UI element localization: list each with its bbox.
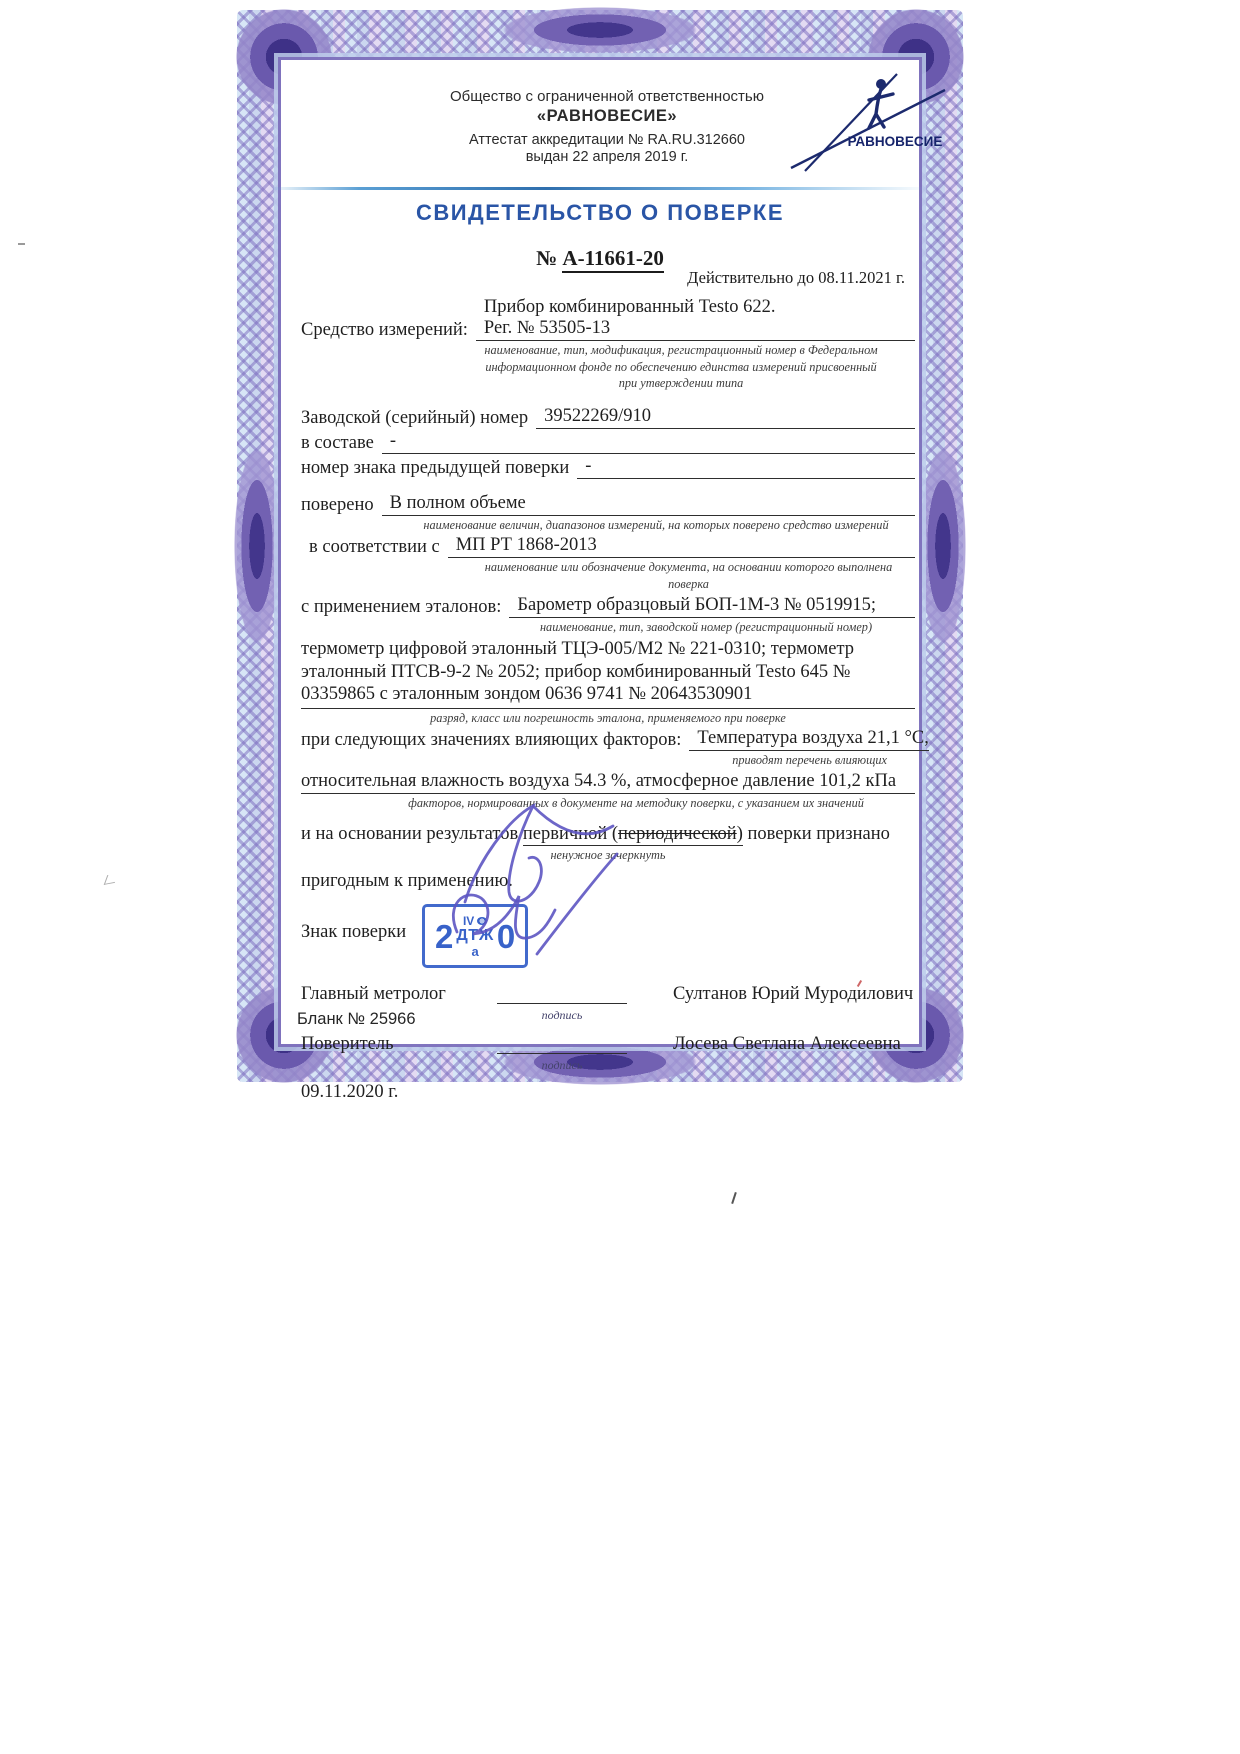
caption-according: наименование или обозначение документа, …	[466, 559, 911, 592]
ravnovesie-logo: РАВНОВЕСИЕ	[777, 68, 952, 173]
serial-number-value: 39522269/910	[536, 406, 915, 429]
field-composition-label: в составе	[301, 433, 374, 454]
stamp-letter: а	[472, 945, 479, 958]
verified-value: В полном объеме	[382, 493, 915, 516]
conclusion-verification-type: первичной (периодической)	[523, 824, 743, 846]
document-date: 09.11.2020 г.	[301, 1082, 915, 1103]
verification-stamp: 2 IV ДТЖ а 0	[422, 904, 528, 968]
caption-standard-grade: разряд, класс или погрешность эталона, п…	[301, 710, 915, 727]
logo-brand-text: РАВНОВЕСИЕ	[848, 134, 943, 149]
instrument-reg-number: Рег. № 53505-13	[476, 318, 915, 341]
field-serial: Заводской (серийный) номер 39522269/910	[301, 406, 915, 429]
composition-value: -	[382, 431, 915, 454]
caption-standards: наименование, тип, заводской номер (реги…	[506, 619, 906, 636]
factors-temperature-value: Температура воздуха 21,1 °С,	[689, 728, 929, 751]
chief-signature-caption: подпись	[542, 1008, 583, 1022]
stamp-center: IV ДТЖ а	[456, 915, 494, 958]
blank-number: Бланк № 25966	[297, 1010, 416, 1029]
certificate-page: Общество с ограниченной ответственностью…	[0, 0, 1240, 1754]
header-divider	[267, 187, 931, 190]
stamp-quarter: IV	[463, 915, 474, 927]
field-factors: при следующих значениях влияющих факторо…	[301, 728, 915, 751]
chief-signature-line	[497, 986, 627, 1004]
field-standards: с применением эталонов: Барометр образцо…	[301, 595, 915, 618]
instrument-name: Прибор комбинированный Testo 622.	[476, 297, 915, 318]
stamp-digit-right: 0	[497, 920, 515, 953]
caption-strike-unneeded: ненужное зачеркнуть	[301, 847, 915, 864]
conclusion-part2: поверки признано	[743, 824, 890, 844]
chief-metrologist-role: Главный метролог	[301, 984, 497, 1005]
field-instrument: Средство измерений: Прибор комбинированн…	[301, 297, 915, 341]
scan-artifact-mark	[731, 1192, 737, 1204]
factors-humidity-pressure-value: относительная влажность воздуха 54.3 %, …	[301, 771, 915, 794]
field-previous-mark: номер знака предыдущей поверки -	[301, 456, 915, 479]
field-previous-mark-label: номер знака предыдущей поверки	[301, 458, 569, 479]
conclusion-part1: и на основании результатов	[301, 824, 523, 844]
standards-continuation: термометр цифровой эталонный ТЦЭ-005/М2 …	[301, 638, 915, 709]
verification-mark-row: Знак поверки 2 IV ДТЖ а 0	[301, 904, 915, 978]
chief-metrologist-name: Султанов Юрий Муродилович	[673, 984, 913, 1005]
conclusion-primary: первичной (	[523, 824, 618, 844]
tightrope-walker-icon: РАВНОВЕСИЕ	[777, 68, 952, 173]
chief-signature-block: подпись	[497, 986, 627, 1025]
conclusion-fit-for-use: пригодным к применению.	[301, 871, 915, 892]
caption-factors-normed: факторов, нормированных в документе на м…	[356, 795, 916, 812]
field-serial-label: Заводской (серийный) номер	[301, 408, 528, 429]
certificate-sheet: Общество с ограниченной ответственностью…	[237, 10, 963, 1082]
scan-artifact-mark	[18, 243, 25, 245]
document-title: СВИДЕТЕЛЬСТВО О ПОВЕРКЕ	[237, 200, 963, 226]
certificate-number-value: А-11661-20	[562, 246, 664, 273]
caption-factors-list: приводят перечень влияющих	[301, 752, 915, 769]
stamp-digit-left: 2	[435, 920, 453, 953]
standards-value: Барометр образцовый БОП-1М-3 № 0519915;	[509, 595, 915, 618]
scan-artifact-mark	[104, 873, 119, 885]
verifier-name: Лосева Светлана Алексеевна	[673, 1034, 901, 1055]
conclusion-periodic-struck: периодической	[618, 824, 737, 844]
verification-mark-label: Знак поверки	[301, 922, 406, 943]
conclusion-sentence: и на основании результатов первичной (пе…	[301, 822, 915, 846]
verifier-role: Поверитель	[301, 1034, 497, 1055]
field-standards-label: с применением эталонов:	[301, 597, 501, 618]
field-composition: в составе -	[301, 431, 915, 454]
stamp-code: ДТЖ	[456, 928, 494, 944]
previous-mark-value: -	[577, 456, 915, 479]
certificate-fields: Средство измерений: Прибор комбинированн…	[301, 297, 915, 1103]
caption-verified: наименование величин, диапазонов измерен…	[401, 517, 911, 534]
caption-instrument: наименование, тип, модификация, регистра…	[451, 342, 911, 392]
field-factors-label: при следующих значениях влияющих факторо…	[301, 730, 681, 751]
field-according-label: в соответствии с	[309, 537, 440, 558]
field-verified: поверено В полном объеме	[301, 493, 915, 516]
verifier-signature-block: подпись	[497, 1036, 627, 1075]
according-value: МП РТ 1868-2013	[448, 535, 915, 558]
certificate-number-prefix: №	[536, 246, 562, 270]
verifier-row: Поверитель подпись Лосева Светлана Алекс…	[301, 1034, 915, 1078]
field-instrument-values: Прибор комбинированный Testo 622. Рег. №…	[476, 297, 915, 341]
stamp-emblem-icon	[477, 917, 487, 925]
field-instrument-label: Средство измерений:	[301, 320, 468, 341]
verifier-signature-line	[497, 1036, 627, 1054]
verifier-signature-caption: подпись	[542, 1058, 583, 1072]
field-according-to: в соответствии с МП РТ 1868-2013	[309, 535, 915, 558]
valid-until: Действительно до 08.11.2021 г.	[687, 268, 905, 288]
field-verified-label: поверено	[301, 495, 374, 516]
